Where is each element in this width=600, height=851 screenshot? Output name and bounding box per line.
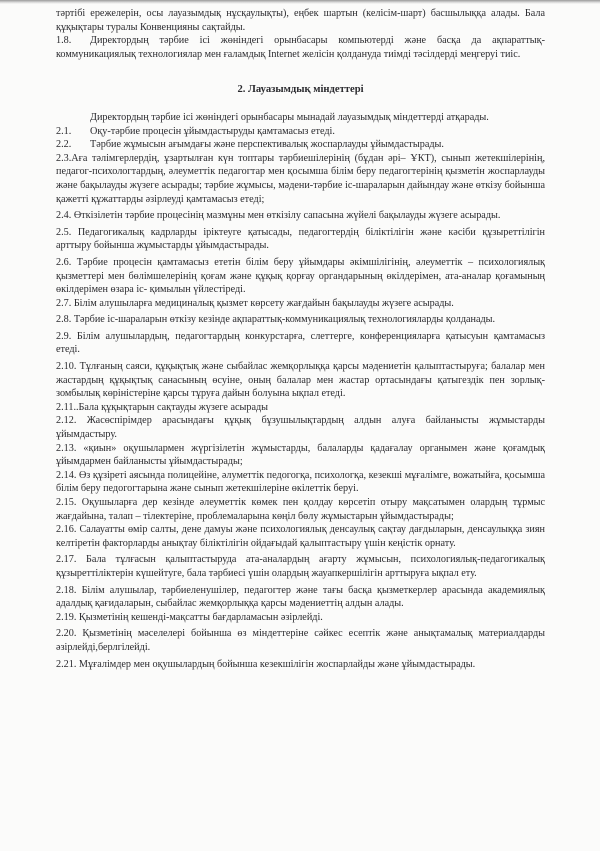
item-2-8: 2.8. Тәрбие іс-шараларын өткізу кезінде …	[56, 313, 545, 327]
item-number: 2.16.	[56, 524, 76, 535]
item-number: 2.5.	[56, 227, 71, 238]
item-2-20: 2.20. Қызметінің мәселелері бойынша өз м…	[56, 627, 545, 654]
item-text: Педагогикалық кадрларды іріктеуге қатыса…	[56, 227, 545, 252]
item-2-17: 2.17. Бала тұлғасын қалыптастыруда ата-а…	[56, 553, 545, 580]
item-number: 2.9.	[56, 331, 71, 342]
item-number: 2.10.	[56, 361, 76, 372]
item-text: Тәрбие жұмысын ағымдағы және перспектива…	[90, 139, 444, 150]
document-page: тәртібі ережелерін, осы лауазымдық нұсқа…	[56, 7, 545, 671]
item-2-2: 2.2.Тәрбие жұмысын ағымдағы және перспек…	[56, 138, 545, 152]
item-2-11: 2.11..Бала құқықтарын сақтауды жүзеге ас…	[56, 401, 545, 415]
item-text: Бала тұлғасын қалыптастыруда ата-аналард…	[56, 554, 545, 579]
item-text: Білім алушылар, тәрбиеленушілер, педагог…	[56, 585, 545, 610]
item-2-14: 2.14. Өз құзіреті аясында полицейіне, әл…	[56, 469, 545, 496]
item-text: Бала құқықтарын сақтауды жүзеге асырады	[79, 402, 268, 413]
item-2-1: 2.1.Оқу-тәрбие процесін ұйымдастыруды қа…	[56, 125, 545, 139]
item-2-9: 2.9. Білім алушылардың, педагогтардың ко…	[56, 330, 545, 357]
item-number: 2.1.	[56, 125, 90, 139]
item-number: 2.8.	[56, 314, 71, 325]
scan-top-edge	[0, 0, 600, 4]
item-2-18: 2.18. Білім алушылар, тәрбиеленушілер, п…	[56, 584, 545, 611]
item-text: Тәрбие процесін қамтамасыз ететін білім …	[56, 257, 545, 295]
item-2-6: 2.6. Тәрбие процесін қамтамасыз ететін б…	[56, 256, 545, 297]
intro-paragraph: Директордың тәрбие ісі жөніндегі орынбас…	[56, 111, 545, 125]
item-2-7: 2.7. Білім алушыларға медициналық қызмет…	[56, 297, 545, 311]
item-text: Қызметінің мәселелері бойынша өз міндетт…	[56, 628, 545, 653]
item-number: 2.13.	[56, 443, 76, 454]
item-text: Өткізілетін тәрбие процесінің мазмұны ме…	[74, 210, 501, 221]
item-number: 2.12.	[56, 415, 76, 426]
item-number: 2.19.	[56, 612, 76, 623]
item-text: Білім алушылардың, педагогтардың конкурс…	[56, 331, 545, 356]
item-2-10: 2.10. Тұлғаның саяси, құқықтық және сыба…	[56, 360, 545, 401]
item-text: Директордың тәрбие ісі жөніндегі орынбас…	[56, 35, 545, 60]
item-number: 2.3.	[56, 153, 71, 164]
section-heading: 2. Лауазымдық міндеттері	[56, 83, 545, 97]
item-2-16: 2.16. Салауатты өмір салты, дене дамуы ж…	[56, 523, 545, 550]
item-text: Салауатты өмір салты, дене дамуы және пс…	[56, 524, 545, 549]
item-number: 1.8.	[56, 34, 90, 48]
item-number: 2.20.	[56, 628, 76, 639]
item-2-19: 2.19. Қызметінің кешенді-мақсатты бағдар…	[56, 611, 545, 625]
item-text: Оқу-тәрбие процесін ұйымдастыруды қамтам…	[90, 126, 335, 137]
continuation-paragraph: тәртібі ережелерін, осы лауазымдық нұсқа…	[56, 7, 545, 34]
item-number: 2.6.	[56, 257, 71, 268]
item-number: 2.18.	[56, 585, 76, 596]
item-text: Оқушыларға дер кезінде әлеуметтік көмек …	[56, 497, 545, 522]
item-text: Тәрбие іс-шараларын өткізу кезінде ақпар…	[74, 314, 495, 325]
item-text: Өз құзіреті аясында полицейіне, әлуметті…	[56, 470, 545, 495]
item-number: 2.4.	[56, 210, 71, 221]
item-text: Аға тәлімгерлердің, ұзартылған күн топта…	[56, 153, 545, 205]
item-number: 2.7.	[56, 298, 71, 309]
item-2-12: 2.12. Жасөспірімдер арасындағы құқық бұз…	[56, 414, 545, 441]
item-number: 2.14.	[56, 470, 76, 481]
item-text: Қызметінің кешенді-мақсатты бағдарламасы…	[79, 612, 323, 623]
item-number: 2.15.	[56, 497, 76, 508]
item-2-21: 2.21. Мұғалімдер мен оқушылардың бойынша…	[56, 658, 545, 672]
item-2-5: 2.5. Педагогикалық кадрларды іріктеуге қ…	[56, 226, 545, 253]
item-text: Мұғалімдер мен оқушылардың бойынша кезек…	[79, 659, 475, 670]
item-number: 2.17.	[56, 554, 76, 565]
item-2-13: 2.13. «қиын» оқушылармен жүргізілетін жұ…	[56, 442, 545, 469]
item-number: 2.21.	[56, 659, 76, 670]
item-2-3: 2.3.Аға тәлімгерлердің, ұзартылған күн т…	[56, 152, 545, 206]
item-2-4: 2.4. Өткізілетін тәрбие процесінің мазмұ…	[56, 209, 545, 223]
item-text: Білім алушыларға медициналық қызмет көрс…	[74, 298, 454, 309]
item-text: Тұлғаның саяси, құқықтық және сыбайлас ж…	[56, 361, 545, 399]
item-text: «қиын» оқушылармен жүргізілетін жұмыстар…	[56, 443, 545, 468]
item-number: 2.11..	[56, 402, 79, 413]
item-1-8: 1.8.Директордың тәрбие ісі жөніндегі оры…	[56, 34, 545, 61]
item-number: 2.2.	[56, 138, 90, 152]
item-text: Жасөспірімдер арасындағы құқық бұзушылық…	[56, 415, 545, 440]
item-2-15: 2.15. Оқушыларға дер кезінде әлеуметтік …	[56, 496, 545, 523]
